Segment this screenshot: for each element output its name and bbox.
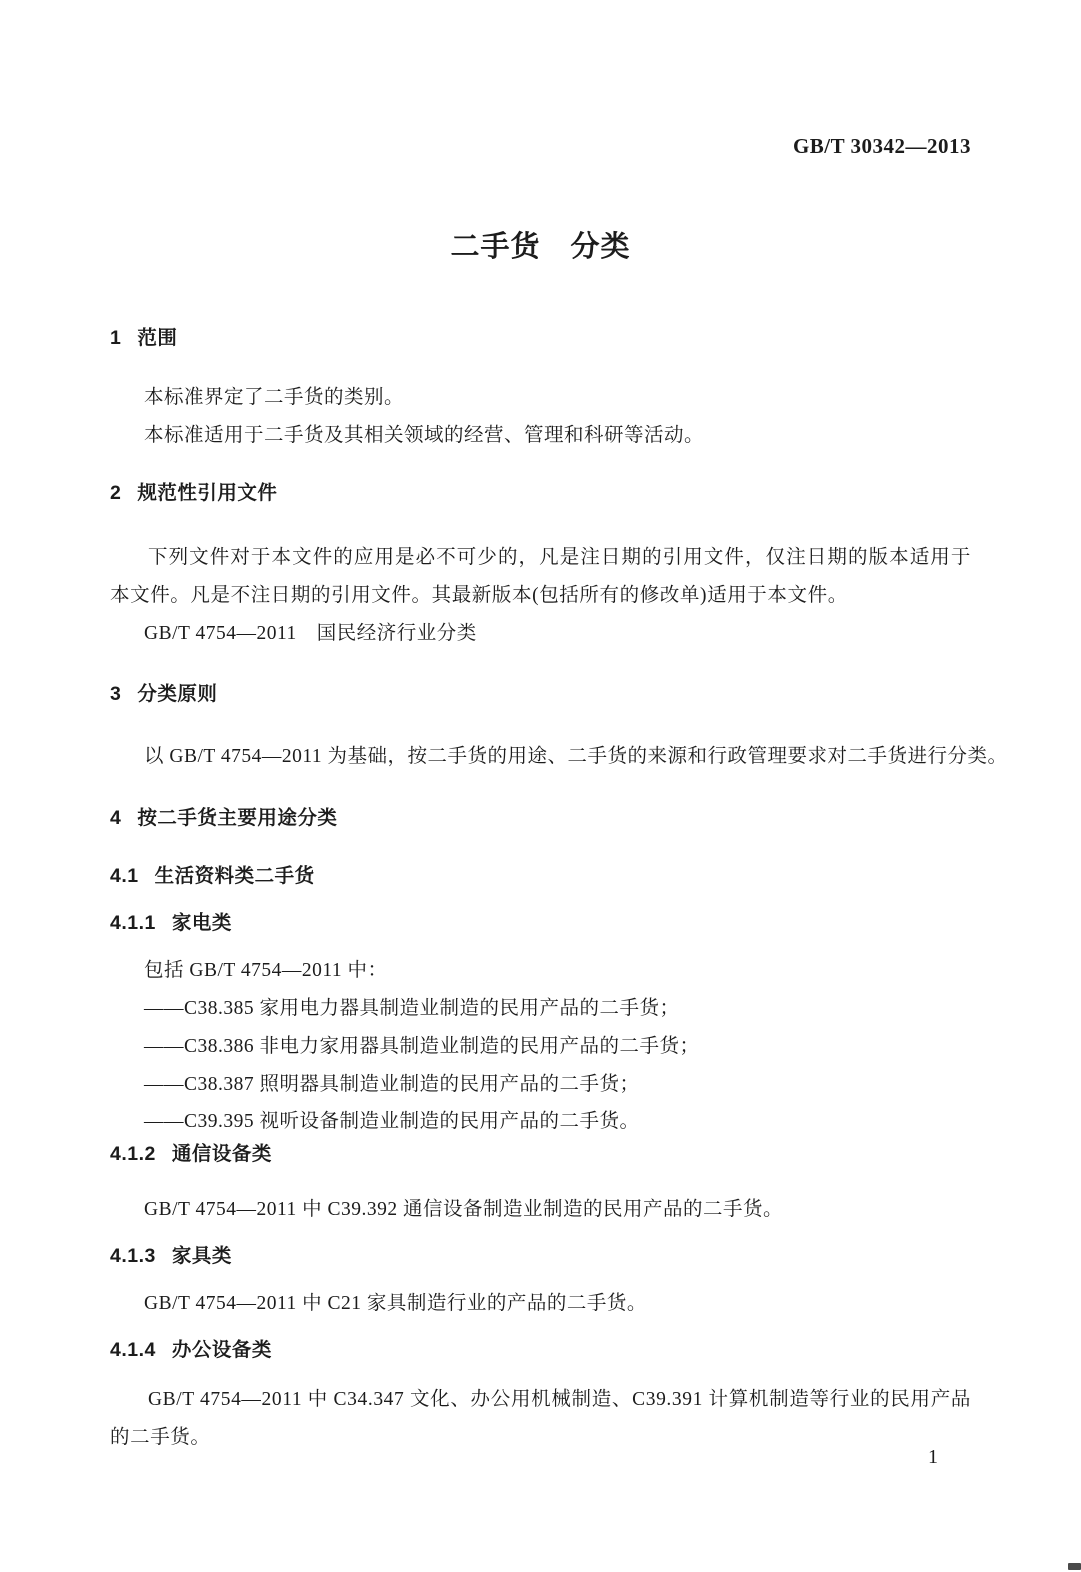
list-item: ——C38.387 照明器具制造业制造的民用产品的二手货； bbox=[110, 1074, 971, 1096]
section-4-1-3-title: 家具类 bbox=[172, 1245, 232, 1267]
section-4-1-3-number: 4.1.3 bbox=[110, 1246, 156, 1267]
section-4-1-4-heading: 4.1.4办公设备类 bbox=[110, 1340, 971, 1361]
section-1-paragraph-1: 本标准界定了二手货的类别。 bbox=[110, 387, 971, 409]
section-3-number: 3 bbox=[110, 684, 121, 705]
scan-corner-artifact bbox=[1068, 1563, 1081, 1570]
list-item: ——C38.386 非电力家用器具制造业制造的民用产品的二手货； bbox=[110, 1036, 971, 1058]
list-item: ——C39.395 视听设备制造业制造的民用产品的二手货。 bbox=[110, 1111, 971, 1133]
section-4-1-number: 4.1 bbox=[110, 866, 139, 887]
section-4-1-1-number: 4.1.1 bbox=[110, 913, 156, 934]
section-4-1-3-paragraph: GB/T 4754—2011 中 C21 家具制造行业的产品的二手货。 bbox=[110, 1293, 971, 1315]
section-4-1-2-heading: 4.1.2通信设备类 bbox=[110, 1144, 971, 1165]
section-3-title: 分类原则 bbox=[137, 683, 217, 705]
section-2-number: 2 bbox=[110, 483, 121, 504]
document-title: 二手货 分类 bbox=[0, 224, 1081, 265]
section-4-number: 4 bbox=[110, 808, 121, 829]
section-4-1-1-intro: 包括 GB/T 4754—2011 中： bbox=[110, 960, 971, 982]
section-2-title: 规范性引用文件 bbox=[137, 482, 277, 504]
section-1-paragraph-2: 本标准适用于二手货及其相关领域的经营、管理和科研等活动。 bbox=[110, 425, 971, 447]
section-4-heading: 4按二手货主要用途分类 bbox=[110, 808, 971, 829]
section-4-1-2-title: 通信设备类 bbox=[172, 1143, 272, 1165]
section-4-1-2-paragraph: GB/T 4754—2011 中 C39.392 通信设备制造业制造的民用产品的… bbox=[110, 1199, 971, 1221]
section-4-1-3-heading: 4.1.3家具类 bbox=[110, 1246, 971, 1267]
standard-code: GB/T 30342—2013 bbox=[110, 134, 971, 159]
section-4-1-2-number: 4.1.2 bbox=[110, 1144, 156, 1165]
section-4-title: 按二手货主要用途分类 bbox=[137, 807, 337, 829]
section-4-1-title: 生活资料类二手货 bbox=[155, 865, 315, 887]
section-4-1-heading: 4.1生活资料类二手货 bbox=[110, 866, 971, 887]
page-number: 1 bbox=[928, 1446, 958, 1469]
section-1-number: 1 bbox=[110, 328, 121, 349]
section-3-paragraph-1: 以 GB/T 4754—2011 为基础，按二手货的用途、二手货的来源和行政管理… bbox=[110, 746, 971, 768]
section-1-heading: 1范围 bbox=[110, 328, 971, 349]
section-4-1-1-title: 家电类 bbox=[172, 912, 232, 934]
document-page: GB/T 30342—2013 二手货 分类 1范围 本标准界定了二手货的类别。… bbox=[0, 0, 1081, 1572]
section-2-reference: GB/T 4754—2011 国民经济行业分类 bbox=[110, 623, 971, 645]
section-4-1-4-title: 办公设备类 bbox=[172, 1339, 272, 1361]
section-4-1-4-paragraph: GB/T 4754—2011 中 C34.347 文化、办公用机械制造、C39.… bbox=[110, 1381, 971, 1457]
section-4-1-1-heading: 4.1.1家电类 bbox=[110, 913, 971, 934]
section-4-1-4-number: 4.1.4 bbox=[110, 1340, 156, 1361]
section-2-paragraph-1: 下列文件对于本文件的应用是必不可少的，凡是注日期的引用文件，仅注日期的版本适用于… bbox=[110, 539, 971, 615]
section-1-title: 范围 bbox=[137, 327, 177, 349]
list-item: ——C38.385 家用电力器具制造业制造的民用产品的二手货； bbox=[110, 998, 971, 1020]
section-2-heading: 2规范性引用文件 bbox=[110, 483, 971, 504]
section-3-heading: 3分类原则 bbox=[110, 684, 971, 705]
